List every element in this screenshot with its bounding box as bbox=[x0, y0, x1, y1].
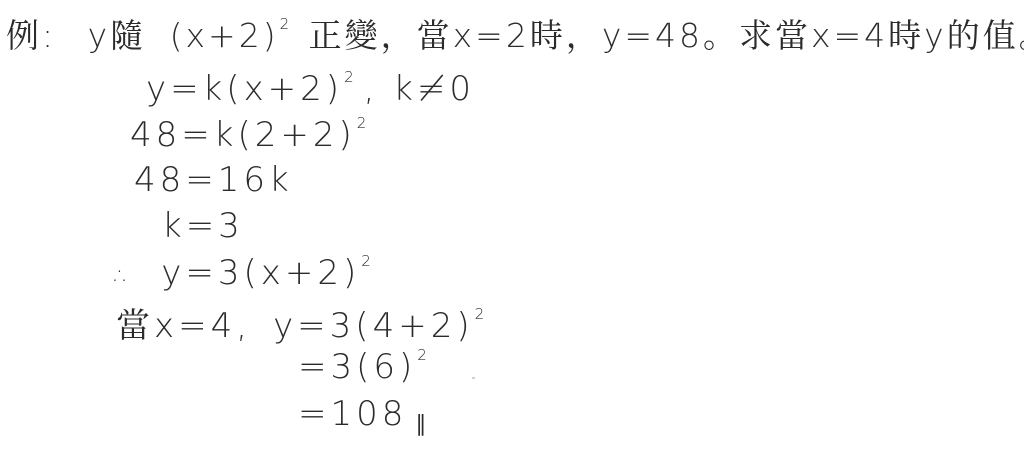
step-5-final-equation: ∴y=3(x+2)2 bbox=[114, 252, 371, 293]
equation: y=3(4+2) bbox=[273, 306, 474, 346]
question-line: 例: y隨 (x+2)2 正變，當x=2時，y=48。求當x=4時y的值。 bbox=[6, 10, 1024, 57]
step-7-compute: =3(6)2 bbox=[298, 346, 427, 387]
handwritten-page: 例: y隨 (x+2)2 正變，當x=2時，y=48。求當x=4時y的值。 y=… bbox=[0, 0, 1024, 455]
exponent: 2 bbox=[357, 114, 367, 132]
end-of-answer-mark: ∥ bbox=[415, 412, 427, 437]
constraint: , k≠0 bbox=[364, 69, 475, 109]
equation: 48=16k bbox=[134, 160, 293, 200]
equation: k=3 bbox=[162, 206, 244, 246]
equation: 48=k(2+2) bbox=[130, 115, 356, 155]
answer: =108 bbox=[298, 394, 407, 434]
question-part-1: y隨 bbox=[88, 16, 147, 55]
equation: =3(6) bbox=[298, 347, 416, 387]
example-label: 例: bbox=[6, 16, 56, 55]
expression-base: (x+2) bbox=[170, 16, 279, 55]
exponent: 2 bbox=[417, 346, 427, 364]
step-6-evaluate: 當x=4,y=3(4+2)2 bbox=[116, 298, 484, 347]
step-3-simplify: 48=16k bbox=[134, 160, 293, 200]
step-2-substitution: 48=k(2+2)2 bbox=[130, 114, 366, 155]
question-expression: (x+2)2 bbox=[170, 16, 289, 55]
therefore-symbol: ∴ bbox=[114, 262, 133, 290]
exponent: 2 bbox=[344, 68, 354, 86]
exponent: 2 bbox=[361, 252, 371, 270]
condition: 當x=4, bbox=[116, 306, 251, 346]
paper-speck bbox=[472, 377, 475, 379]
exponent: 2 bbox=[280, 15, 290, 33]
equation: y=k(x+2) bbox=[146, 69, 343, 109]
step-1-general-equation: y=k(x+2)2, k≠0 bbox=[146, 68, 475, 109]
equation: y=3(x+2) bbox=[161, 253, 360, 293]
step-8-answer: =108∥ bbox=[298, 394, 427, 437]
step-4-solve-k: k=3 bbox=[162, 206, 244, 246]
exponent: 2 bbox=[475, 305, 485, 323]
question-part-2: 正變，當x=2時，y=48。求當x=4時y的值。 bbox=[309, 16, 1024, 55]
